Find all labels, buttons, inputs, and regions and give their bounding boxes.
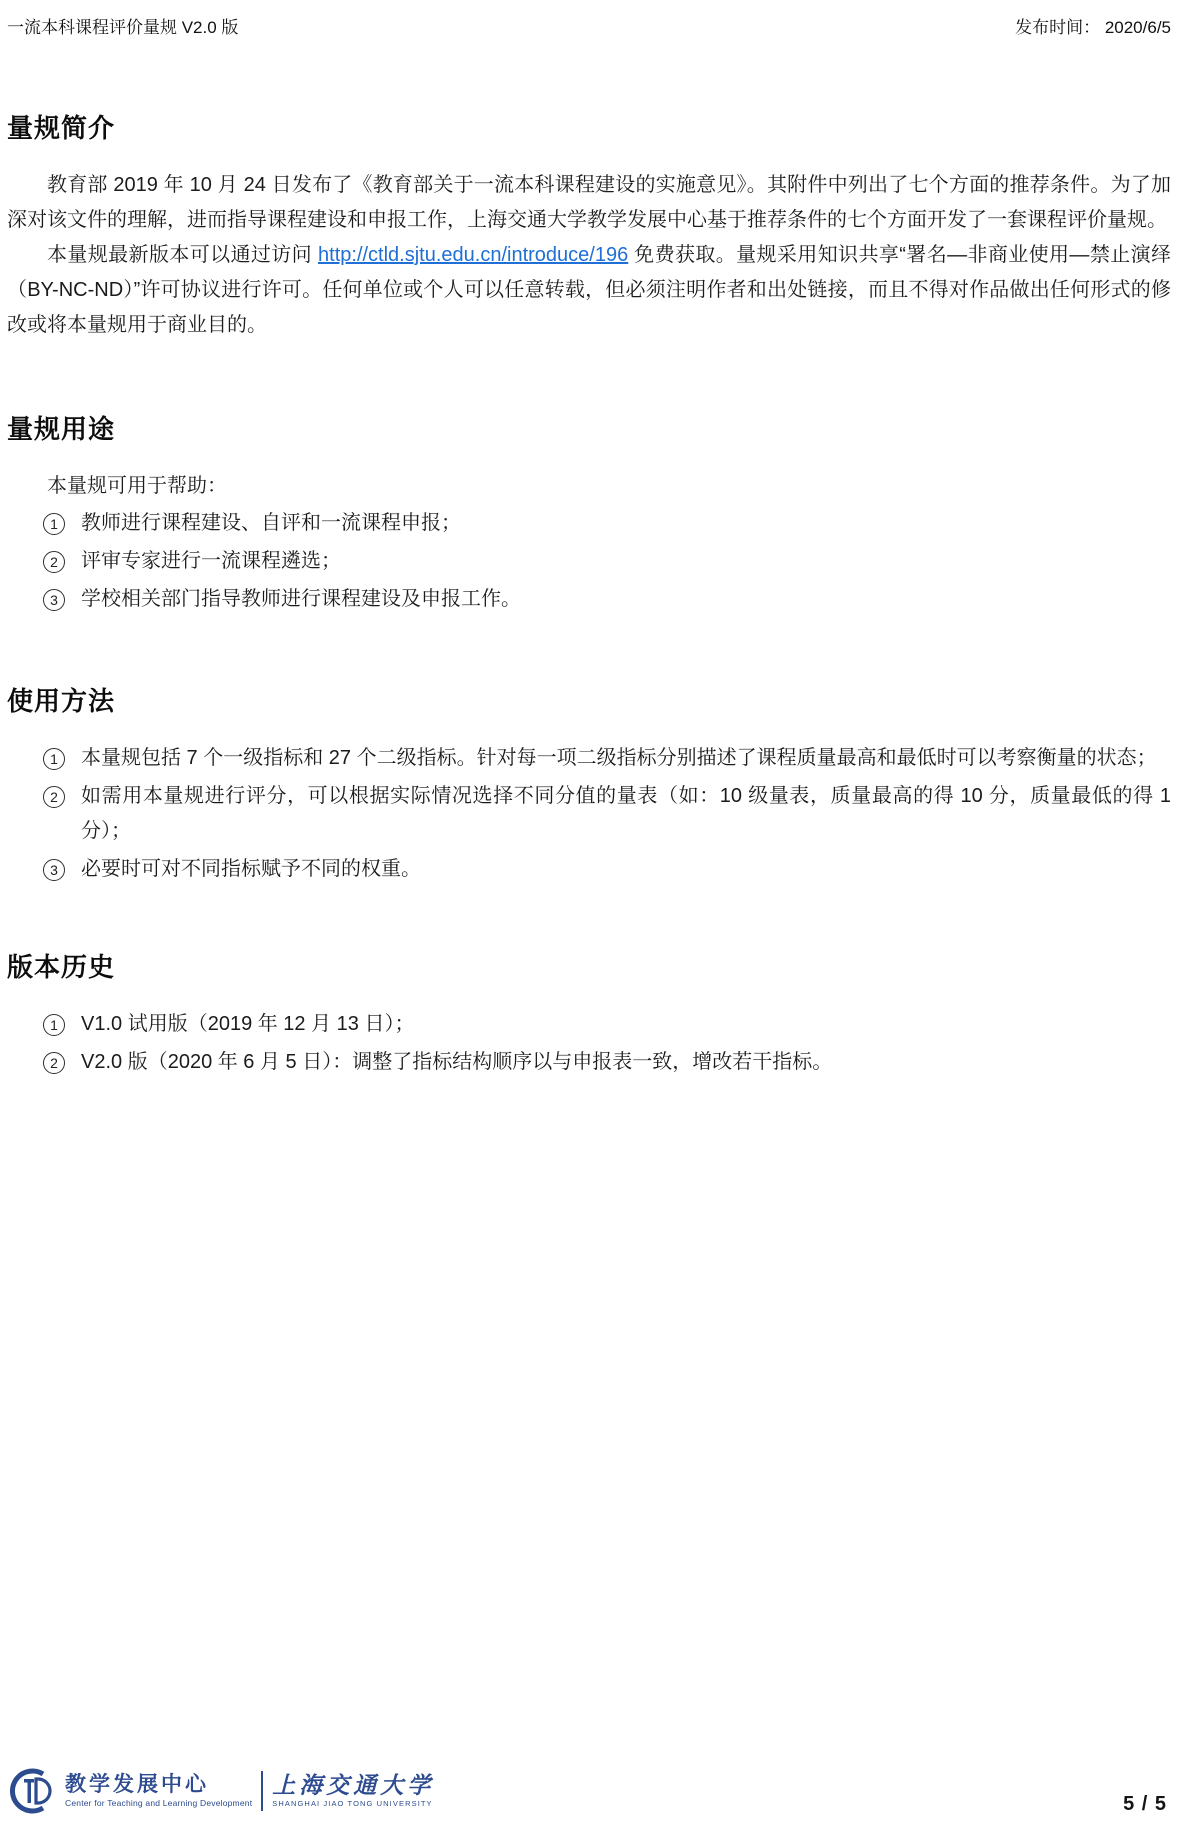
list-item: 1 V1.0 试用版（2019 年 12 月 13 日）；: [7, 1007, 1171, 1042]
section-title-history: 版本历史: [7, 951, 1171, 983]
university-name-en: SHANGHAI JIAO TONG UNIVERSITY: [272, 1799, 434, 1810]
circled-number-marker: 1: [43, 1014, 65, 1036]
brand-name-cn: 教学发展中心: [65, 1773, 252, 1797]
list-item-text: 如需用本量规进行评分，可以根据实际情况选择不同分值的量表（如：10 级量表，质量…: [81, 779, 1171, 849]
intro-p2-before-link: 本量规最新版本可以通过访问: [47, 244, 318, 266]
footer-divider: [261, 1771, 263, 1811]
circled-number-marker: 2: [43, 1052, 65, 1074]
list-item-text: 评审专家进行一流课程遴选；: [81, 544, 1171, 579]
list-item: 2 V2.0 版（2020 年 6 月 5 日）：调整了指标结构顺序以与申报表一…: [7, 1045, 1171, 1080]
circled-number-marker: 2: [43, 786, 65, 808]
list-item: 3 必要时可对不同指标赋予不同的权重。: [7, 852, 1171, 887]
brand-name-en: Center for Teaching and Learning Develop…: [65, 1798, 252, 1809]
university-name-cn: 上海交通大学: [272, 1773, 434, 1799]
circled-number-marker: 1: [43, 748, 65, 770]
university-brand-text: 上海交通大学 SHANGHAI JIAO TONG UNIVERSITY: [272, 1773, 434, 1810]
intro-paragraph-2: 本量规最新版本可以通过访问 http://ctld.sjtu.edu.cn/in…: [7, 238, 1171, 343]
list-item-text: V2.0 版（2020 年 6 月 5 日）：调整了指标结构顺序以与申报表一致，…: [81, 1045, 1171, 1080]
ctld-logo-icon: [10, 1768, 56, 1814]
list-item: 2 如需用本量规进行评分，可以根据实际情况选择不同分值的量表（如：10 级量表，…: [7, 779, 1171, 849]
list-item-text: 教师进行课程建设、自评和一流课程申报；: [81, 506, 1171, 541]
list-item: 2 评审专家进行一流课程遴选；: [7, 544, 1171, 579]
page-number: 5 / 5: [1123, 1793, 1167, 1816]
running-header: 一流本科课程评价量规 V2.0 版 发布时间： 2020/6/5: [0, 0, 1178, 40]
header-doc-title: 一流本科课程评价量规 V2.0 版: [7, 16, 238, 40]
section-title-usage: 量规用途: [7, 413, 1171, 445]
circled-number-marker: 2: [43, 551, 65, 573]
usage-lead: 本量规可用于帮助：: [7, 469, 1171, 504]
list-item: 3 学校相关部门指导教师进行课程建设及申报工作。: [7, 582, 1171, 617]
circled-number-marker: 3: [43, 589, 65, 611]
rubric-download-link[interactable]: http://ctld.sjtu.edu.cn/introduce/196: [318, 244, 628, 266]
list-item-text: V1.0 试用版（2019 年 12 月 13 日）；: [81, 1007, 1171, 1042]
list-item-text: 本量规包括 7 个一级指标和 27 个二级指标。针对每一项二级指标分别描述了课程…: [81, 741, 1171, 776]
list-item-text: 必要时可对不同指标赋予不同的权重。: [81, 852, 1171, 887]
intro-paragraph-1: 教育部 2019 年 10 月 24 日发布了《教育部关于一流本科课程建设的实施…: [7, 168, 1171, 238]
list-item: 1 本量规包括 7 个一级指标和 27 个二级指标。针对每一项二级指标分别描述了…: [7, 741, 1171, 776]
footer-brand: 教学发展中心 Center for Teaching and Learning …: [10, 1768, 434, 1814]
circled-number-marker: 1: [43, 513, 65, 535]
list-item: 1 教师进行课程建设、自评和一流课程申报；: [7, 506, 1171, 541]
method-list: 1 本量规包括 7 个一级指标和 27 个二级指标。针对每一项二级指标分别描述了…: [7, 741, 1171, 887]
section-title-intro: 量规简介: [7, 112, 1171, 144]
document-page: 一流本科课程评价量规 V2.0 版 发布时间： 2020/6/5 量规简介 教育…: [0, 0, 1178, 1822]
section-title-method: 使用方法: [7, 685, 1171, 717]
history-list: 1 V1.0 试用版（2019 年 12 月 13 日）； 2 V2.0 版（2…: [7, 1007, 1171, 1080]
ctld-brand-text: 教学发展中心 Center for Teaching and Learning …: [65, 1773, 252, 1808]
list-item-text: 学校相关部门指导教师进行课程建设及申报工作。: [81, 582, 1171, 617]
header-publish-date: 发布时间： 2020/6/5: [1015, 16, 1171, 40]
circled-number-marker: 3: [43, 859, 65, 881]
usage-list: 1 教师进行课程建设、自评和一流课程申报； 2 评审专家进行一流课程遴选； 3 …: [7, 506, 1171, 617]
